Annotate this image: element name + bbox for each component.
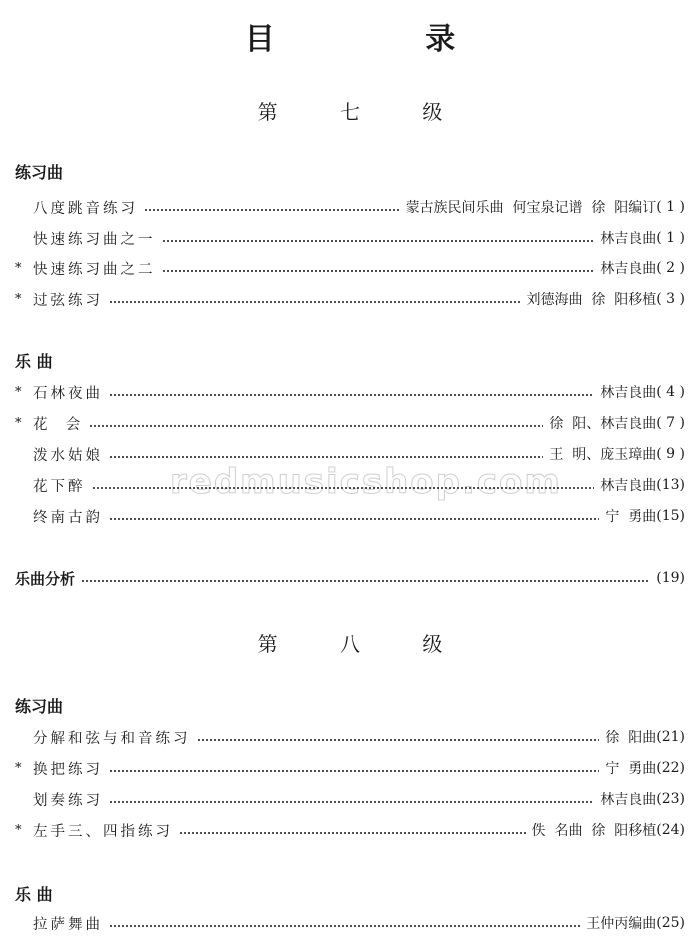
- dot-leader: [81, 580, 650, 582]
- dot-leader: [89, 425, 543, 427]
- level-heading-8: 第 八 级: [0, 628, 700, 657]
- toc-entry[interactable]: * 过弦练习 刘德海曲 徐 阳移植 ( 3 ): [15, 288, 685, 310]
- entry-title: 快速练习曲之二: [33, 258, 156, 279]
- entry-page: ( 2 ): [656, 260, 685, 276]
- toc-entry[interactable]: * 快速练习曲之二 林吉良曲 ( 2 ): [15, 257, 685, 279]
- entry-credit: 林吉良曲: [600, 258, 656, 278]
- analysis-title: 乐曲分析: [15, 568, 75, 589]
- entry-title: 划奏练习: [33, 789, 103, 810]
- toc-entry-analysis[interactable]: 乐曲分析 (19): [15, 567, 685, 589]
- dot-leader: [162, 270, 595, 272]
- entry-page: (19): [656, 570, 685, 586]
- entry-page: ( 3 ): [656, 291, 685, 307]
- dot-leader: [109, 770, 599, 772]
- entry-title: 过弦练习: [33, 289, 103, 310]
- category-etudes: 练习曲: [15, 694, 63, 717]
- entry-credit: 徐 阳、林吉良曲: [549, 413, 656, 433]
- required-marker: *: [15, 261, 33, 276]
- entry-page: (15): [656, 508, 685, 524]
- entry-title: 泼水姑娘: [33, 444, 103, 465]
- entry-page: ( 4 ): [656, 384, 685, 400]
- entry-page: (23): [656, 791, 685, 807]
- entry-title: 分解和弦与和音练习: [33, 727, 191, 748]
- dot-leader: [144, 209, 400, 211]
- toc-entry[interactable]: 八度跳音练习 蒙古族民间乐曲 何宝泉记谱 徐 阳编订 ( 1 ): [15, 196, 685, 218]
- entry-credit: 蒙古族民间乐曲 何宝泉记谱 徐 阳编订: [406, 197, 657, 217]
- dot-leader: [179, 832, 526, 834]
- toc-entry[interactable]: * 花 会 徐 阳、林吉良曲 ( 7 ): [15, 412, 685, 434]
- dot-leader: [109, 301, 520, 303]
- entry-credit: 徐 阳曲: [605, 727, 656, 747]
- required-marker: *: [15, 823, 33, 838]
- category-pieces: 乐 曲: [15, 349, 53, 372]
- required-marker: *: [15, 292, 33, 307]
- entry-credit: 刘德海曲 徐 阳移植: [526, 289, 656, 309]
- category-etudes: 练习曲: [15, 160, 63, 183]
- entry-page: ( 9 ): [656, 446, 685, 462]
- entry-page: (25): [656, 915, 685, 931]
- dot-leader: [109, 518, 599, 520]
- entry-page: ( 1 ): [656, 199, 685, 215]
- dot-leader: [109, 394, 594, 396]
- level-heading-7: 第 七 级: [0, 96, 700, 125]
- entry-credit: 王 明、庞玉璋曲: [549, 444, 656, 464]
- category-pieces: 乐 曲: [15, 882, 53, 905]
- entry-title: 花 会: [33, 413, 83, 434]
- entry-title: 换把练习: [33, 758, 103, 779]
- dot-leader: [162, 240, 595, 242]
- entry-page: ( 1 ): [656, 230, 685, 246]
- toc-entry[interactable]: * 换把练习 宁 勇曲 (22): [15, 757, 685, 779]
- entry-title: 终南古韵: [33, 506, 103, 527]
- entry-credit: 王仲丙编曲: [586, 913, 656, 933]
- entry-page: (22): [656, 760, 685, 776]
- toc-entry[interactable]: 终南古韵 宁 勇曲 (15): [15, 505, 685, 527]
- entry-page: (21): [656, 729, 685, 745]
- entry-page: ( 7 ): [656, 415, 685, 431]
- entry-page: (13): [656, 477, 685, 493]
- dot-leader: [197, 739, 600, 741]
- entry-title: 花下醉: [33, 475, 86, 496]
- entry-credit: 林吉良曲: [600, 228, 656, 248]
- required-marker: *: [15, 416, 33, 431]
- entry-page: (24): [656, 822, 685, 838]
- toc-entry[interactable]: * 左手三、四指练习 佚 名曲 徐 阳移植 (24): [15, 819, 685, 841]
- toc-entry[interactable]: 拉萨舞曲 王仲丙编曲 (25): [15, 912, 685, 934]
- entry-credit: 宁 勇曲: [605, 758, 656, 778]
- toc-entry[interactable]: * 石林夜曲 林吉良曲 ( 4 ): [15, 381, 685, 403]
- entry-title: 石林夜曲: [33, 382, 103, 403]
- entry-credit: 林吉良曲: [600, 789, 656, 809]
- entry-title: 八度跳音练习: [33, 197, 138, 218]
- entry-title: 左手三、四指练习: [33, 820, 173, 841]
- required-marker: *: [15, 385, 33, 400]
- dot-leader: [109, 925, 580, 927]
- toc-entry[interactable]: 花下醉 林吉良曲 (13): [15, 474, 685, 496]
- entry-credit: 林吉良曲: [600, 382, 656, 402]
- dot-leader: [92, 487, 595, 489]
- page-title: 目 录: [0, 14, 700, 58]
- dot-leader: [109, 801, 594, 803]
- toc-entry[interactable]: 快速练习曲之一 林吉良曲 ( 1 ): [15, 227, 685, 249]
- entry-title: 快速练习曲之一: [33, 228, 156, 249]
- entry-credit: 林吉良曲: [600, 475, 656, 495]
- toc-entry[interactable]: 分解和弦与和音练习 徐 阳曲 (21): [15, 726, 685, 748]
- toc-entry[interactable]: 划奏练习 林吉良曲 (23): [15, 788, 685, 810]
- toc-entry[interactable]: 泼水姑娘 王 明、庞玉璋曲 ( 9 ): [15, 443, 685, 465]
- required-marker: *: [15, 761, 33, 776]
- entry-credit: 佚 名曲 徐 阳移植: [532, 820, 657, 840]
- entry-title: 拉萨舞曲: [33, 913, 103, 934]
- entry-credit: 宁 勇曲: [605, 506, 656, 526]
- dot-leader: [109, 456, 543, 458]
